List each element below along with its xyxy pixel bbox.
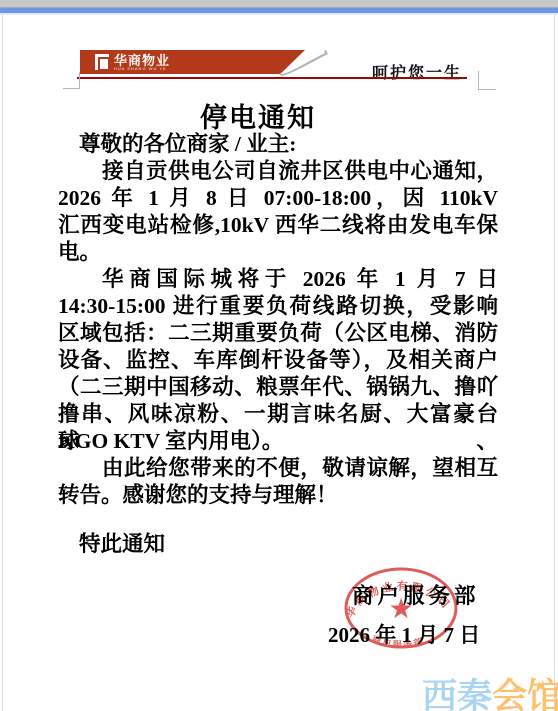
body-line: （二三期中国移动、粮票年代、锅锅九、撸吖 <box>58 374 498 401</box>
body-line: 电。 <box>58 239 498 266</box>
brand-name: 华商物业 <box>114 54 170 67</box>
power-outage-notice-page: { "chrome": { "top_bar_color": "#C7C7C7"… <box>0 0 558 711</box>
huashang-logo-icon <box>95 54 109 70</box>
margin-crop-mark-left <box>63 72 80 89</box>
page-title: 停电通知 <box>58 96 458 135</box>
body-line: 转告。感谢您的支持与理解！ <box>58 482 498 509</box>
margin-crop-mark-right <box>478 71 496 90</box>
company-seal: 华商物业有限公司 商户服务部 ★ <box>316 545 486 675</box>
body-line: 设备、监控、车库倒杆设备等），及相关商户 <box>58 347 498 374</box>
body-line: 由此给您带来的不便，敬请谅解，望相互 <box>58 455 498 482</box>
body-line: 2026 年 1 月 8 日 07:00-18:00，因 110kV <box>58 185 498 212</box>
body-lines: 尊敬的各位商家 / 业主:接自贡供电公司自流井区供电中心通知，2026 年 1 … <box>58 131 498 509</box>
document-date: 2026 年 1 月 7 日 <box>328 619 480 649</box>
brand-subtext: HUA SHANG WU YE <box>114 67 170 71</box>
watermark-part1: 西秦 <box>422 677 492 711</box>
window-top-bar <box>0 0 558 8</box>
letterhead-rule <box>77 77 467 79</box>
body-line: 尊敬的各位商家 / 业主: <box>58 131 498 158</box>
window-accent-underline <box>0 13 558 15</box>
body-line: 接自贡供电公司自流井区供电中心通知， <box>58 158 498 185</box>
watermark: 西秦会馆 <box>422 669 558 711</box>
brand-slogan: 呵护您一生 <box>260 60 462 83</box>
page-left-border <box>2 15 3 711</box>
brand-text: 华商物业 HUA SHANG WU YE <box>114 54 170 71</box>
closing-line: 特此通知 <box>79 527 165 558</box>
body-line: 撸串、风味凉粉、一期言味名厨、大富豪台球、 <box>58 401 498 428</box>
body-line: 华商国际城将于 2026 年 1 月 7 日 <box>58 266 498 293</box>
watermark-part2: 会馆 <box>492 677 558 711</box>
body-line: 区域包括：二三期重要负荷（公区电梯、消防 <box>58 320 498 347</box>
signature-department: 商户服务部 <box>352 579 480 610</box>
body-line: 汇西变电站检修,10kV 西华二线将由发电车保 <box>58 212 498 239</box>
page-right-border <box>554 15 555 711</box>
body-line: 14:30-15:00 进行重要负荷线路切换，受影响 <box>58 293 498 320</box>
